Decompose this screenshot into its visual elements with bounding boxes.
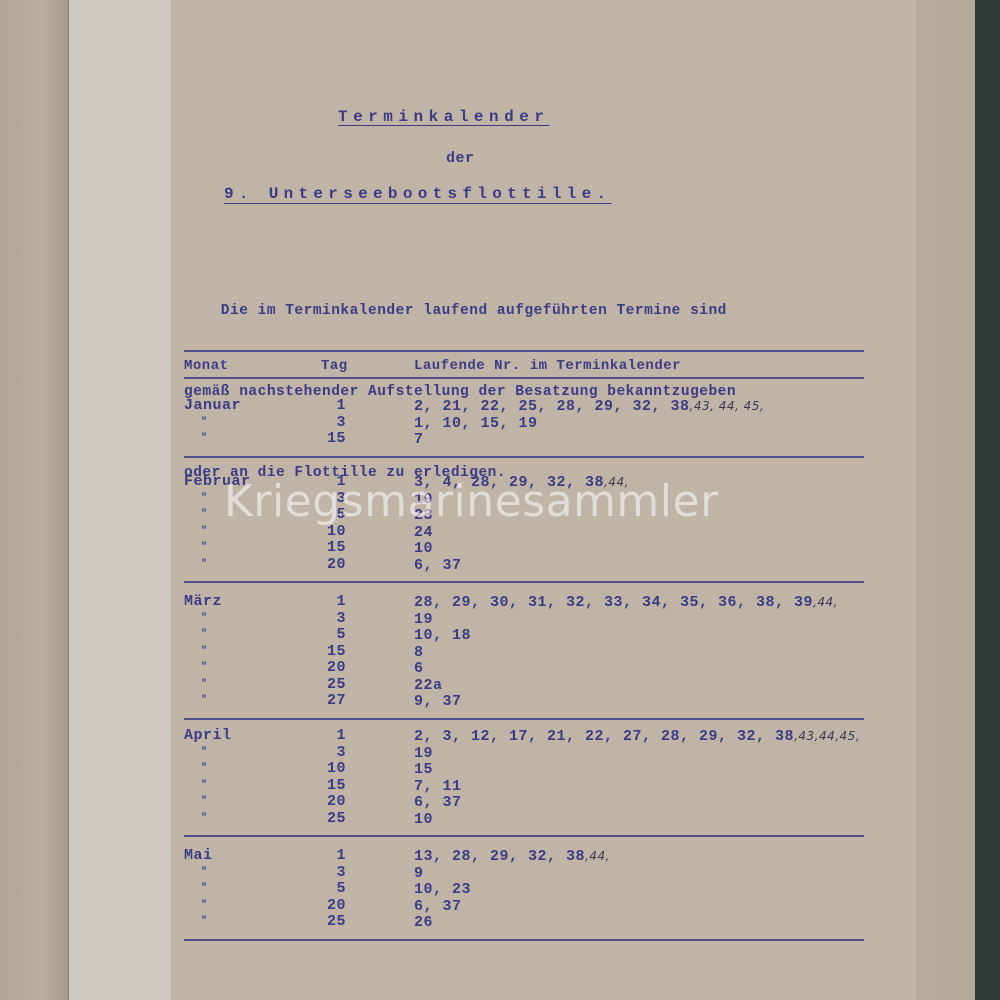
day-value: 3 — [301, 745, 346, 761]
ditto-mark: " — [201, 677, 208, 693]
table-row: "39 — [76, 865, 856, 881]
header-numbers: Laufende Nr. im Terminkalender — [414, 358, 681, 374]
ditto-mark: " — [201, 794, 208, 810]
ditto-mark: " — [201, 431, 208, 447]
intro-line: Die im Terminkalender laufend aufgeführt… — [184, 298, 834, 325]
ditto-mark: " — [201, 491, 208, 507]
entry-numbers: 6 — [414, 660, 424, 677]
entry-numbers: 7 — [414, 431, 424, 448]
typed-numbers: 9 — [414, 865, 424, 882]
typed-numbers: 7, 11 — [414, 778, 462, 795]
entry-numbers: 15 — [414, 761, 433, 778]
entry-numbers: 10 — [414, 540, 433, 557]
entry-numbers: 19 — [414, 611, 433, 628]
typed-numbers: 28, 29, 30, 31, 32, 33, 34, 35, 36, 38, … — [414, 594, 813, 611]
table-row: "2510 — [76, 811, 856, 827]
handwritten-additions: ,44, — [585, 849, 610, 863]
document-page: Terminkalender der 9. Unterseebootsflott… — [76, 0, 916, 1000]
ditto-mark: " — [201, 865, 208, 881]
entry-numbers: 2, 21, 22, 25, 28, 29, 32, 38,43, 44, 45… — [414, 398, 764, 415]
document-subtitle: 9. Unterseebootsflottille. — [224, 185, 611, 203]
entry-numbers: 9, 37 — [414, 693, 462, 710]
typed-numbers: 2, 21, 22, 25, 28, 29, 32, 38 — [414, 398, 690, 415]
month-label: März — [184, 594, 264, 610]
handwritten-additions: ,44, — [813, 595, 838, 609]
typed-numbers: 10 — [414, 811, 433, 828]
day-value: 5 — [301, 627, 346, 643]
table-row: Januar12, 21, 22, 25, 28, 29, 32, 38,43,… — [76, 398, 856, 414]
table-row: "157 — [76, 431, 856, 447]
day-value: 20 — [301, 898, 346, 914]
entry-numbers: 6, 37 — [414, 794, 462, 811]
handwritten-additions: ,43, 44, 45, — [690, 399, 765, 413]
typed-numbers: 6, 37 — [414, 794, 462, 811]
ditto-mark: " — [201, 660, 208, 676]
table-row: "206, 37 — [76, 794, 856, 810]
ditto-mark: " — [201, 415, 208, 431]
ditto-mark: " — [201, 881, 208, 897]
section-rule — [184, 718, 864, 720]
entry-numbers: 28, 29, 30, 31, 32, 33, 34, 35, 36, 38, … — [414, 594, 838, 611]
ditto-mark: " — [201, 914, 208, 930]
table-row: März128, 29, 30, 31, 32, 33, 34, 35, 36,… — [76, 594, 856, 610]
section-rule — [184, 581, 864, 583]
day-value: 27 — [301, 693, 346, 709]
table-row: "1510 — [76, 540, 856, 556]
header-month: Monat — [184, 358, 229, 374]
typed-numbers: 7 — [414, 431, 424, 448]
typed-numbers: 10 — [414, 540, 433, 557]
ditto-mark: " — [201, 627, 208, 643]
day-value: 20 — [301, 557, 346, 573]
section-rule — [184, 456, 864, 458]
ditto-mark: " — [201, 557, 208, 573]
section-rule — [184, 835, 864, 837]
typed-numbers: 10, 18 — [414, 627, 471, 644]
entry-numbers: 26 — [414, 914, 433, 931]
typed-numbers: 1, 10, 15, 19 — [414, 415, 538, 432]
entry-numbers: 6, 37 — [414, 557, 462, 574]
ditto-mark: " — [201, 898, 208, 914]
typed-numbers: 6 — [414, 660, 424, 677]
day-value: 3 — [301, 611, 346, 627]
table-row: Mai113, 28, 29, 32, 38,44, — [76, 848, 856, 864]
table-top-rule — [184, 350, 864, 352]
ditto-mark: " — [201, 761, 208, 777]
day-value: 3 — [301, 415, 346, 431]
typed-numbers: 2, 3, 12, 17, 21, 22, 27, 28, 29, 32, 38 — [414, 728, 794, 745]
table-row: "319 — [76, 745, 856, 761]
day-value: 15 — [301, 778, 346, 794]
typed-numbers: 8 — [414, 644, 424, 661]
typed-numbers: 6, 37 — [414, 898, 462, 915]
ditto-mark: " — [201, 611, 208, 627]
table-row: "206, 37 — [76, 557, 856, 573]
table-row: "157, 11 — [76, 778, 856, 794]
entry-numbers: 7, 11 — [414, 778, 462, 795]
entry-numbers: 9 — [414, 865, 424, 882]
typed-numbers: 10, 23 — [414, 881, 471, 898]
ditto-mark: " — [201, 811, 208, 827]
day-value: 15 — [301, 431, 346, 447]
entry-numbers: 1, 10, 15, 19 — [414, 415, 538, 432]
section-rule — [184, 939, 864, 941]
entry-numbers: 10, 18 — [414, 627, 471, 644]
day-value: 5 — [301, 881, 346, 897]
day-value: 25 — [301, 811, 346, 827]
entry-numbers: 8 — [414, 644, 424, 661]
table-row: "158 — [76, 644, 856, 660]
entry-numbers: 22a — [414, 677, 443, 694]
month-label: Mai — [184, 848, 264, 864]
binder-cover-right — [935, 0, 975, 1000]
table-row: April12, 3, 12, 17, 21, 22, 27, 28, 29, … — [76, 728, 856, 744]
entry-numbers: 2, 3, 12, 17, 21, 22, 27, 28, 29, 32, 38… — [414, 728, 860, 745]
month-label: Januar — [184, 398, 264, 414]
typed-numbers: 22a — [414, 677, 443, 694]
typed-numbers: 6, 37 — [414, 557, 462, 574]
title-connector: der — [446, 150, 475, 167]
typed-numbers: 19 — [414, 611, 433, 628]
ditto-mark: " — [201, 540, 208, 556]
typed-numbers: 19 — [414, 745, 433, 762]
day-value: 25 — [301, 677, 346, 693]
typed-numbers: 26 — [414, 914, 433, 931]
table-row: "319 — [76, 611, 856, 627]
ditto-mark: " — [201, 507, 208, 523]
entry-numbers: 10 — [414, 811, 433, 828]
background-fabric — [975, 0, 1000, 1000]
header-rule — [184, 377, 864, 379]
table-row: "510, 18 — [76, 627, 856, 643]
ditto-mark: " — [201, 644, 208, 660]
day-value: 15 — [301, 540, 346, 556]
handwritten-additions: ,43,44,45, — [794, 729, 860, 743]
entry-numbers: 19 — [414, 745, 433, 762]
ditto-mark: " — [201, 745, 208, 761]
day-value: 20 — [301, 794, 346, 810]
table-row: "2526 — [76, 914, 856, 930]
table-row: "206, 37 — [76, 898, 856, 914]
document-title: Terminkalender — [338, 108, 549, 126]
month-label: April — [184, 728, 264, 744]
table-row: "279, 37 — [76, 693, 856, 709]
typed-numbers: 15 — [414, 761, 433, 778]
day-value: 1 — [301, 728, 346, 744]
table-row: "206 — [76, 660, 856, 676]
typed-numbers: 13, 28, 29, 32, 38 — [414, 848, 585, 865]
day-value: 1 — [301, 594, 346, 610]
typed-numbers: 9, 37 — [414, 693, 462, 710]
table-row: "1015 — [76, 761, 856, 777]
table-row: "31, 10, 15, 19 — [76, 415, 856, 431]
day-value: 3 — [301, 865, 346, 881]
day-value: 15 — [301, 644, 346, 660]
day-value: 1 — [301, 848, 346, 864]
day-value: 20 — [301, 660, 346, 676]
ditto-mark: " — [201, 524, 208, 540]
header-day: Tag — [321, 358, 348, 374]
entry-numbers: 10, 23 — [414, 881, 471, 898]
table-row: "2522a — [76, 677, 856, 693]
binder-cover-left — [0, 0, 70, 1000]
ditto-mark: " — [201, 693, 208, 709]
day-value: 25 — [301, 914, 346, 930]
entry-numbers: 6, 37 — [414, 898, 462, 915]
ditto-mark: " — [201, 778, 208, 794]
table-row: "510, 23 — [76, 881, 856, 897]
day-value: 10 — [301, 761, 346, 777]
day-value: 1 — [301, 398, 346, 414]
entry-numbers: 13, 28, 29, 32, 38,44, — [414, 848, 610, 865]
watermark: Kriegsmarinesammler — [224, 476, 719, 527]
